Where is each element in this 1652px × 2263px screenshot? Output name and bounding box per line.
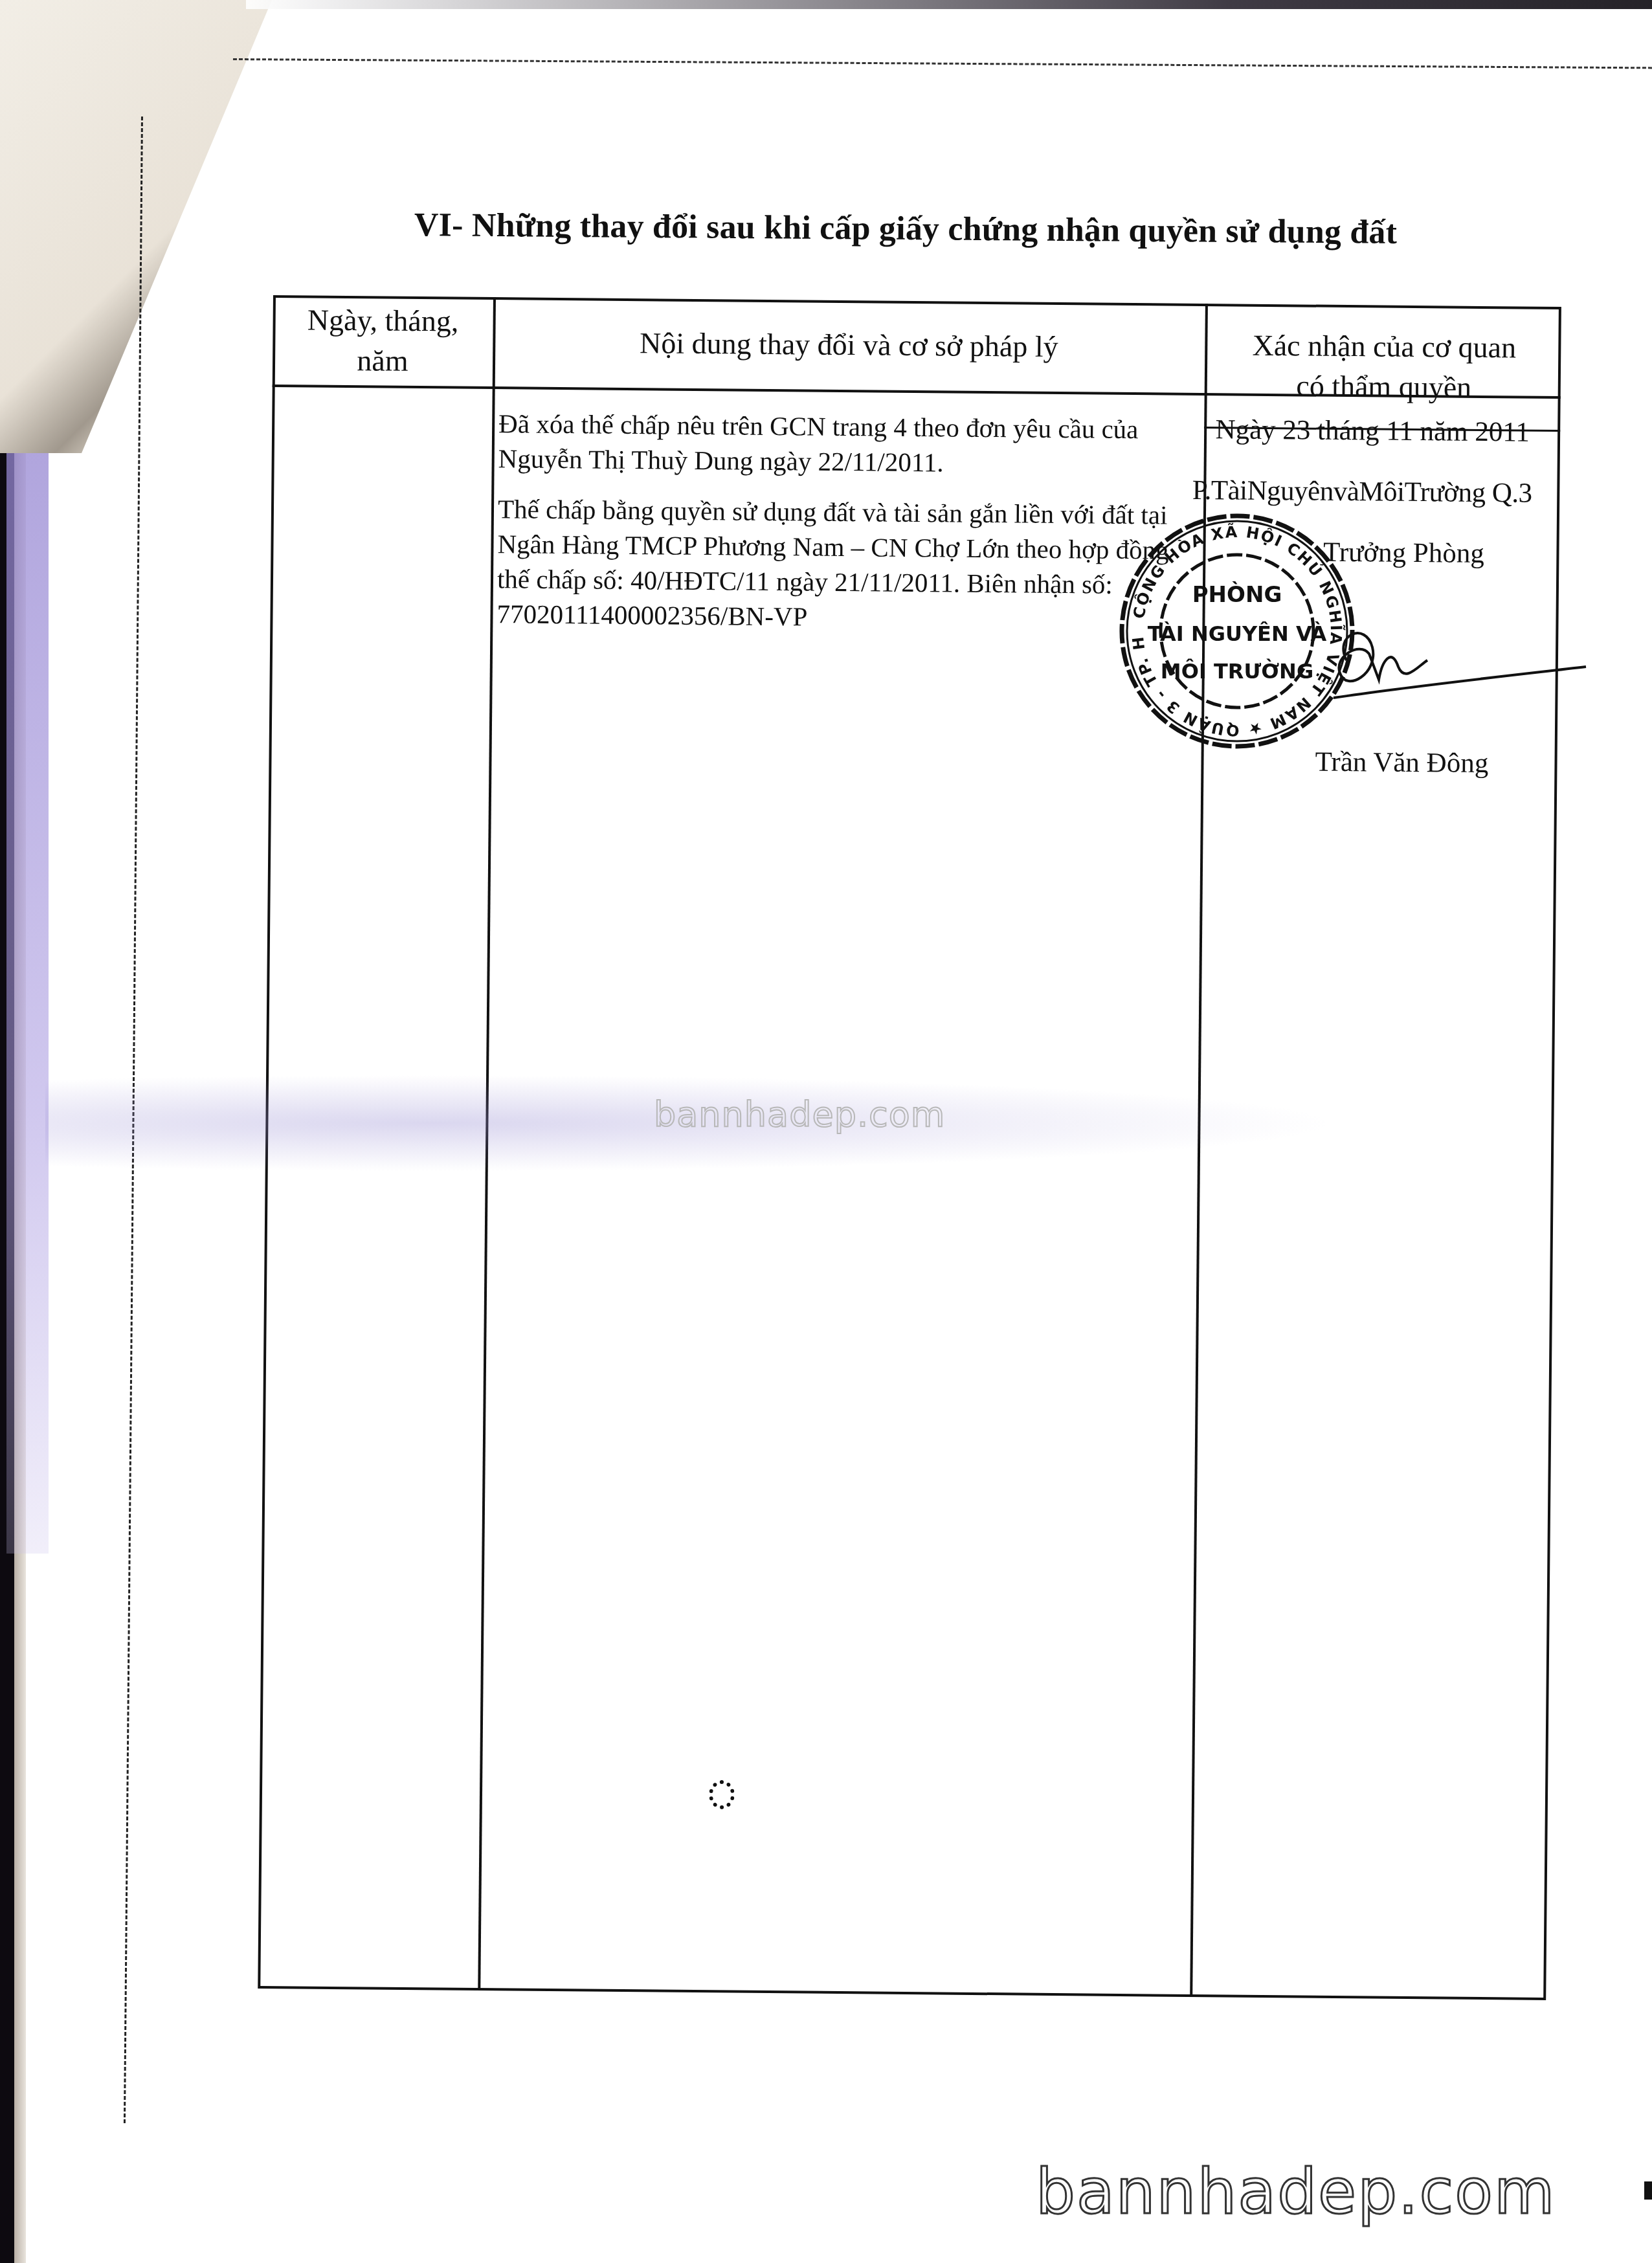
folded-corner-shadow: [0, 0, 272, 453]
scan-corner-mark: [1644, 2181, 1652, 2200]
header-confirmation-line1: Xác nhận của cơ quan: [1252, 326, 1516, 368]
content-entry-mortgage: Thế chấp bằng quyền sử dụng đất và tài s…: [497, 491, 1184, 638]
header-date-line2: năm: [307, 340, 458, 381]
signature-icon: [1321, 621, 1592, 706]
section-title: VI- Những thay đổi sau khi cấp giấy chứn…: [414, 206, 1515, 252]
scan-color-artifact: [6, 453, 49, 1554]
ink-blot: [709, 1780, 735, 1809]
confirmation-organization: P.TàiNguyênvàMôiTrường Q.3: [1158, 473, 1566, 511]
scan-border-top: [246, 0, 1652, 9]
changes-table: Ngày, tháng, năm Nội dung thay đổi và cơ…: [258, 295, 1561, 2000]
header-content-label: Nội dung thay đổi và cơ sở pháp lý: [640, 323, 1058, 367]
seal-line-2: TÀI NGUYÊN VÀ: [1148, 621, 1327, 646]
confirmation-date: Ngày 23 tháng 11 năm 2011: [1178, 412, 1567, 451]
header-date: Ngày, tháng, năm: [273, 295, 493, 386]
watermark-bottom: bannhadep.com: [1036, 2156, 1556, 2228]
content-entry-release: Đã xóa thế chấp nêu trên GCN trang 4 the…: [498, 406, 1185, 482]
table-row-content: Đã xóa thế chấp nêu trên GCN trang 4 the…: [497, 406, 1185, 653]
watermark-center: bannhadep.com: [654, 1094, 945, 1135]
seal-line-3: MÔI TRƯỜNG: [1161, 658, 1313, 684]
header-date-line1: Ngày, tháng,: [307, 300, 459, 341]
header-content: Nội dung thay đổi và cơ sở pháp lý: [493, 297, 1205, 393]
page-margin-rule: [124, 117, 143, 2123]
seal-line-1: PHÒNG: [1192, 581, 1282, 608]
page-top-rule: [233, 58, 1652, 69]
header-confirmation: Xác nhận của cơ quan có thẩm quyền: [1207, 304, 1561, 430]
header-confirmation-line2: có thẩm quyền: [1252, 366, 1516, 408]
